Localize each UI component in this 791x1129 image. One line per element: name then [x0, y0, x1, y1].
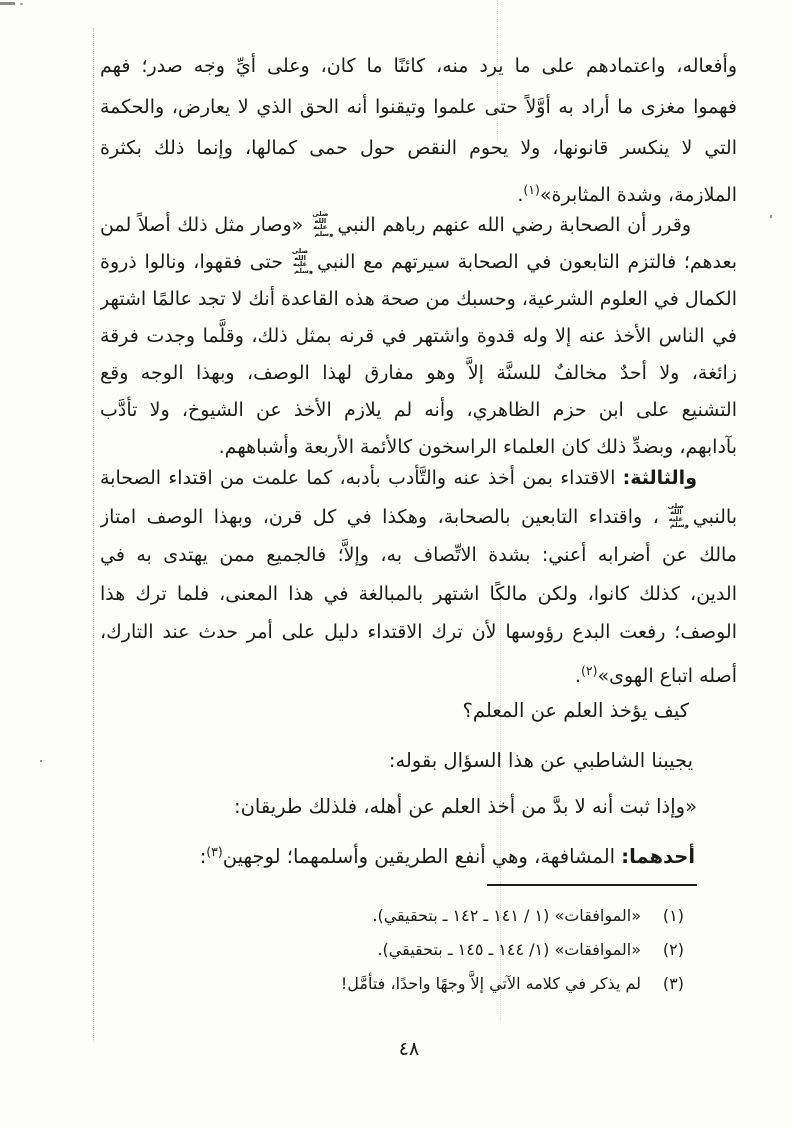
scan-speck — [770, 215, 772, 218]
footnote-text: لم يذكر في كلامه الآتي إلاَّ وجهًا واحدً… — [341, 967, 641, 1001]
text-span: ، واقتداء التابعين بالصحابة، وهكذا في كل… — [100, 506, 659, 528]
scanned-book-page: وأفعاله، واعتمادهم على ما يرد منه، كائنً… — [0, 0, 791, 1129]
text-span: بعدهم؛ فالتزم التابعون في الصحابة سيرتهم… — [317, 251, 737, 273]
text-line: وقرر أن الصحابة رضي الله عنهم رباهم النب… — [100, 207, 737, 244]
footnote-separator — [487, 884, 697, 886]
pbuh-symbol: صلى الله عليه وسلم — [307, 211, 333, 237]
scan-artifact-dash — [0, 2, 15, 5]
footnote-number: (٣) — [654, 967, 684, 1001]
text-span: بالنبي — [693, 506, 737, 528]
text-span: الملازمة، وشدة المثابرة» — [540, 184, 737, 206]
text-span: حتى فقهوا، ونالوا ذروة — [100, 251, 283, 273]
text-line: بالنبيصلى الله عليه وسلم، واقتداء التابع… — [100, 498, 737, 537]
text-line: بعدهم؛ فالتزم التابعون في الصحابة سيرتهم… — [100, 244, 737, 281]
footnote-ref-3: (٣) — [206, 844, 223, 859]
scan-artifact-dot — [20, 3, 23, 5]
footnote-text: «الموافقات» (١ / ١٤١ ـ ١٤٢ ـ بتحقيقي). — [372, 899, 641, 933]
text-line: التشنيع على ابن حزم الظاهري، وأنه لم يلا… — [100, 392, 737, 429]
text-span: «وصار مثل ذلك أصلاً لمن — [100, 214, 303, 236]
text-span: أصله اتباع الهوى» — [597, 665, 737, 687]
method-line: أحدهما: المشافهة، وهي أنفع الطريقين وأسل… — [100, 832, 737, 877]
text-line: زائغة، ولا أحدٌ مخالفٌ للسنَّة إلاَّ وهو… — [100, 355, 737, 392]
pbuh-symbol: صلى الله عليه وسلم — [663, 503, 689, 529]
text-line: الدين، كذلك كانوا، ولكن مالكًا اشتهر بال… — [100, 575, 737, 614]
footnote-1: (١) «الموافقات» (١ / ١٤١ ـ ١٤٢ ـ بتحقيقي… — [124, 899, 684, 933]
footnote-3: (٣) لم يذكر في كلامه الآتي إلاَّ وجهًا و… — [124, 967, 684, 1001]
paragraph-2: وقرر أن الصحابة رضي الله عنهم رباهم النب… — [100, 207, 737, 466]
paragraph-1: وأفعاله، واعتمادهم على ما يرد منه، كائنً… — [100, 46, 737, 210]
scan-speck — [40, 760, 42, 762]
text-span: المشافهة، وهي أنفع الطريقين وأسلمهما؛ لو… — [223, 845, 615, 868]
text-line: التي لا ينكسر قانونها، ولا يحوم النقص حو… — [100, 128, 737, 169]
footnotes-block: (١) «الموافقات» (١ / ١٤١ ـ ١٤٢ ـ بتحقيقي… — [124, 899, 684, 1001]
lead-word: والثالثة: — [623, 467, 697, 489]
paragraph-3: والثالثة: الاقتداء بمن أخذ عنه والتَّأدب… — [100, 459, 737, 690]
quote-line: «وإذا ثبت أنه لا بدَّ من أخذ العلم عن أه… — [100, 787, 737, 827]
text-line: والثالثة: الاقتداء بمن أخذ عنه والتَّأدب… — [100, 459, 737, 498]
page-number: ٤٨ — [384, 1038, 434, 1060]
pbuh-symbol: صلى الله عليه وسلم — [287, 248, 313, 274]
lead-word: أحدهما: — [621, 845, 695, 868]
footnote-number: (٢) — [654, 933, 684, 967]
footnote-ref-1: (١) — [523, 182, 540, 197]
footnote-2: (٢) «الموافقات» (١/ ١٤٤ ـ ١٤٥ ـ بتحقيقي)… — [124, 933, 684, 967]
scan-artifact-dotted-line-left — [93, 28, 94, 1042]
text-line: مالك عن أضرابه أعني: بشدة الاتِّصاف به، … — [100, 536, 737, 575]
text-line: أصله اتباع الهوى»(٢). — [100, 652, 737, 691]
text-line: في الناس الأخذ عنه إلا وله قدوة واشتهر ف… — [100, 318, 737, 355]
footnote-number: (١) — [654, 899, 684, 933]
question-heading: كيف يؤخذ العلم عن المعلم؟ — [100, 691, 737, 731]
footnote-ref-2: (٢) — [581, 663, 598, 678]
text-line: الملازمة، وشدة المثابرة»(١). — [100, 169, 737, 210]
footnote-text: «الموافقات» (١/ ١٤٤ ـ ١٤٥ ـ بتحقيقي). — [377, 933, 641, 967]
text-span: الاقتداء بمن أخذ عنه والتَّأدب بأدبه، كم… — [100, 467, 615, 489]
text-line: الوصف؛ رفعت البدع رؤوسها لأن ترك الاقتدا… — [100, 613, 737, 652]
text-span: وقرر أن الصحابة رضي الله عنهم رباهم النب… — [337, 214, 691, 236]
text-line: وأفعاله، واعتمادهم على ما يرد منه، كائنً… — [100, 46, 737, 87]
text-line: فهموا مغزى ما أراد به أوَّلاً حتى علموا … — [100, 87, 737, 128]
text-line: الكمال في العلوم الشرعية، وحسبك من صحة ه… — [100, 281, 737, 318]
answer-intro-line: يجيبنا الشاطبي عن هذا السؤال بقوله: — [100, 741, 737, 781]
